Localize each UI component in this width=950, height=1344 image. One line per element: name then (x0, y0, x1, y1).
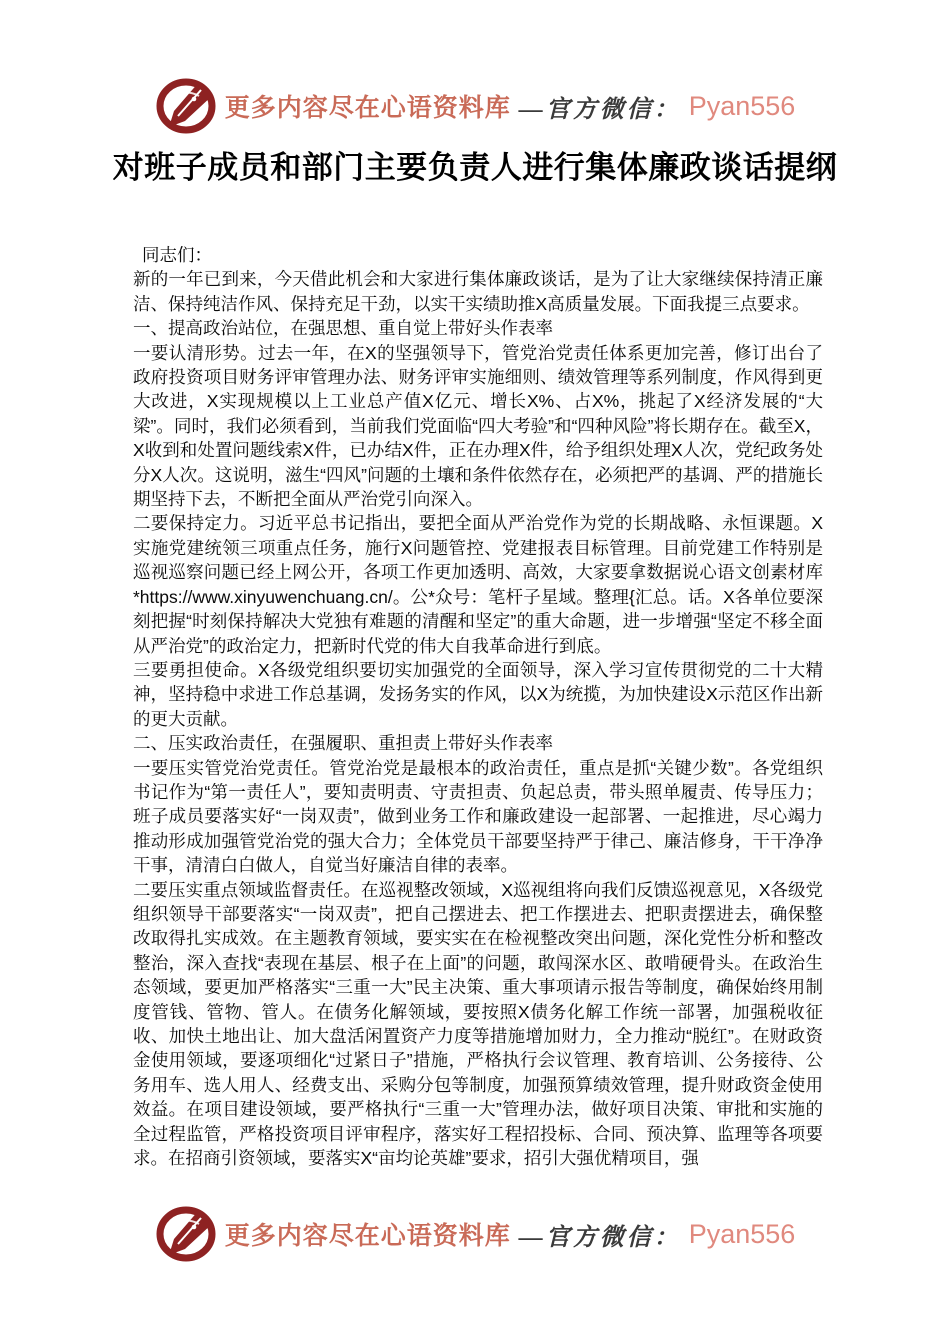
section-heading-2: 二、压实政治责任，在强履职、重担责上带好头作表率 (133, 731, 823, 755)
watermark-header: 更多内容尽在心语资料库 —官方微信： Pyan556 (0, 78, 950, 134)
watermark-brand-text: 更多内容尽在心语资料库 (225, 1216, 511, 1252)
pen-nib-logo-icon (155, 78, 217, 134)
watermark-wechat-label: —官方微信： (519, 89, 681, 124)
watermark-footer: 更多内容尽在心语资料库 —官方微信： Pyan556 (0, 1206, 950, 1262)
watermark-wechat-id: Pyan556 (689, 1219, 796, 1250)
paragraph-2-1: 一要压实管党治党责任。管党治党是最根本的政治责任，重点是抓“关键少数”。各党组织… (133, 756, 823, 878)
document-title: 对班子成员和部门主要负责人进行集体廉政谈话提纲 (65, 142, 885, 187)
document-body: 同志们： 新的一年已到来，今天借此机会和大家进行集体廉政谈话，是为了让大家继续保… (133, 243, 823, 1183)
watermark-brand-text: 更多内容尽在心语资料库 (225, 88, 511, 124)
paragraph-1-2: 二要保持定力。习近平总书记指出，要把全面从严治党作为党的长期战略、永恒课题。X实… (133, 511, 823, 657)
paragraph-2-2: 二要压实重点领域监督责任。在巡视整改领域，X巡视组将向我们反馈巡视意见，X各级党… (133, 878, 823, 1171)
watermark-wechat-label: —官方微信： (519, 1217, 681, 1252)
paragraph-1-3: 三要勇担使命。X各级党组织要切实加强党的全面领导，深入学习宣传贯彻党的二十大精神… (133, 658, 823, 731)
document-page: 更多内容尽在心语资料库 —官方微信： Pyan556 对班子成员和部门主要负责人… (0, 0, 950, 1344)
paragraph-intro: 新的一年已到来，今天借此机会和大家进行集体廉政谈话，是为了让大家继续保持清正廉洁… (133, 267, 823, 316)
watermark-wechat-id: Pyan556 (689, 91, 796, 122)
paragraph-1-1: 一要认清形势。过去一年，在X的坚强领导下，管党治党责任体系更加完善，修订出台了政… (133, 341, 823, 512)
pen-nib-logo-icon (155, 1206, 217, 1262)
paragraph-salutation: 同志们： (133, 243, 823, 267)
section-heading-1: 一、提高政治站位，在强思想、重自觉上带好头作表率 (133, 316, 823, 340)
